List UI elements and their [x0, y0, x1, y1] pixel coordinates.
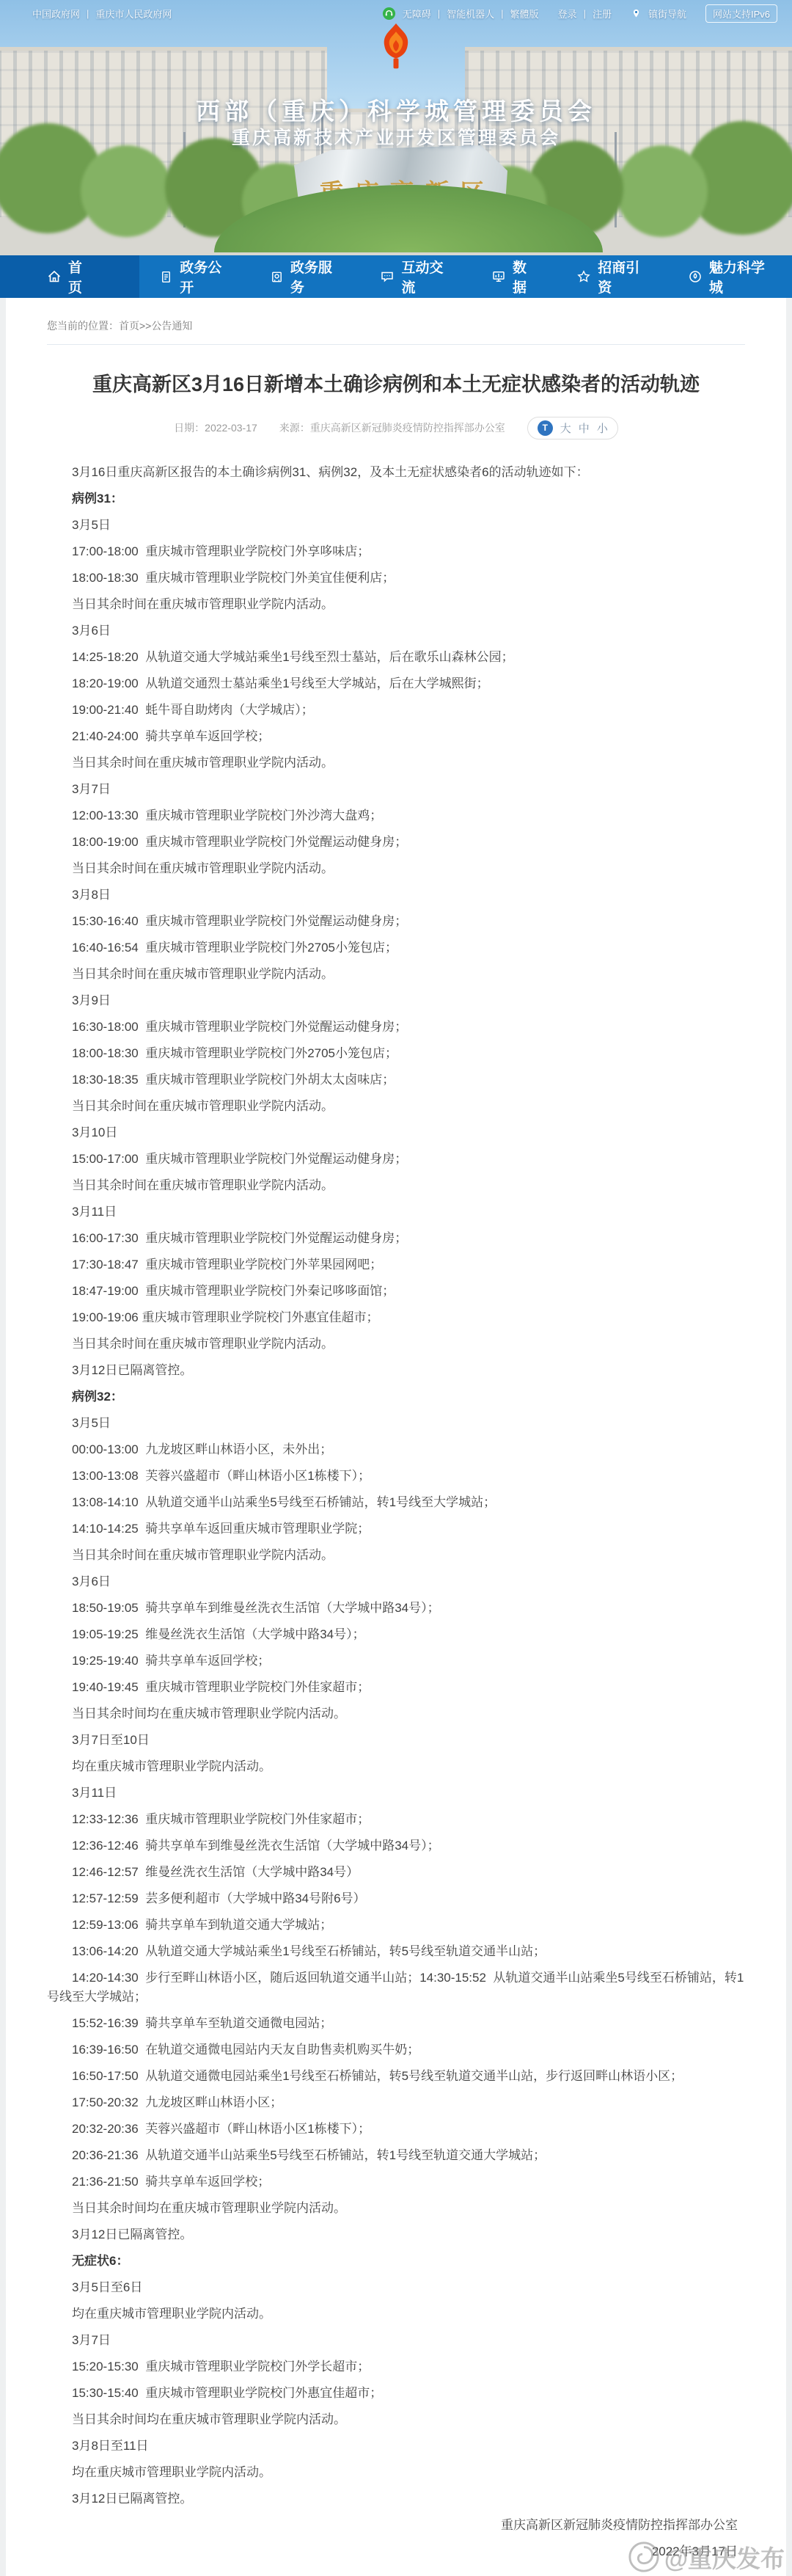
- article-paragraph: 12:00-13:30 重庆城市管理职业学院校门外沙湾大盘鸡；: [47, 806, 745, 825]
- article-paragraph: 15:30-15:40 重庆城市管理职业学院校门外惠宜佳超市；: [47, 2384, 745, 2403]
- gov-cn-link[interactable]: 中国政府网: [32, 7, 80, 21]
- separator: |: [501, 8, 503, 19]
- article-paragraph: 当日其余时间在重庆城市管理职业学院内活动。: [47, 859, 745, 878]
- font-size-switcher: T 大 中 小: [527, 417, 618, 439]
- nav-label: 首页: [68, 257, 92, 296]
- article-paragraph: 21:40-24:00 骑共享单车返回学校；: [47, 727, 745, 746]
- article-paragraph: 病例31：: [47, 489, 745, 508]
- article-paragraph: 无症状6：: [47, 2252, 745, 2271]
- main-nav: 首页 政务公开 政务服务: [0, 255, 792, 298]
- article-paragraph: 重庆高新区新冠肺炎疫情防控指挥部办公室: [47, 2516, 745, 2535]
- article-paragraph: 3月12日已隔离管控。: [47, 1361, 745, 1380]
- article-paragraph: 15:20-15:30 重庆城市管理职业学院校门外学长超市；: [47, 2357, 745, 2376]
- article-paragraph: 19:40-19:45 重庆城市管理职业学院校门外佳家超市；: [47, 1678, 745, 1697]
- article-paragraph: 17:00-18:00 重庆城市管理职业学院校门外享哆味店；: [47, 542, 745, 561]
- article-paragraph: 19:00-21:40 蚝牛哥自助烤肉（大学城店）；: [47, 701, 745, 720]
- article-paragraph: 16:00-17:30 重庆城市管理职业学院校门外觉醒运动健身房；: [47, 1229, 745, 1248]
- article-paragraph: 18:00-18:30 重庆城市管理职业学院校门外2705小笼包店；: [47, 1044, 745, 1063]
- nav-item-investment[interactable]: 招商引资: [557, 255, 668, 298]
- nav-item-gov-info[interactable]: 政务公开: [139, 255, 250, 298]
- article-paragraph: 16:50-17:50 从轨道交通微电园站乘坐1号线至石桥铺站，转5号线至轨道交…: [47, 2067, 745, 2086]
- breadcrumb-prefix: 您当前的位置：: [47, 320, 119, 332]
- article-paragraph: 3月12日已隔离管控。: [47, 2225, 745, 2244]
- data-screen-icon: [491, 269, 506, 284]
- article-paragraph: 当日其余时间在重庆城市管理职业学院内活动。: [47, 1546, 745, 1565]
- article-paragraph: 16:30-18:00 重庆城市管理职业学院校门外觉醒运动健身房；: [47, 1018, 745, 1037]
- breadcrumb-home-link[interactable]: 首页: [119, 320, 139, 332]
- article-paragraph: 3月6日: [47, 621, 745, 641]
- article-paragraph: 12:57-12:59 芸多便利超市（大学城中路34号附6号）: [47, 1889, 745, 1908]
- article-paragraph: 16:39-16:50 在轨道交通微电园站内天友自助售卖机购买牛奶；: [47, 2040, 745, 2059]
- article-body: 3月16日重庆高新区报告的本土确诊病例31、病例32，及本土无症状感染者6的活动…: [6, 439, 786, 2570]
- document-icon: [159, 270, 173, 284]
- article-paragraph: 均在重庆城市管理职业学院内活动。: [47, 1757, 745, 1776]
- article-paragraph: 2022年3月17日: [47, 2542, 745, 2561]
- torch-logo-icon: [377, 22, 415, 79]
- article-paragraph: 18:50-19:05 骑共享单车到维曼丝洗衣生活馆（大学城中路34号）；: [47, 1599, 745, 1618]
- article-paragraph: 均在重庆城市管理职业学院内活动。: [47, 2463, 745, 2482]
- nav-item-gov-service[interactable]: 政务服务: [250, 255, 361, 298]
- article-paragraph: 14:10-14:25 骑共享单车返回重庆城市管理职业学院；: [47, 1519, 745, 1539]
- article-paragraph: 3月12日已隔离管控。: [47, 2489, 745, 2509]
- accessibility-robot-icon[interactable]: [382, 7, 396, 21]
- article-paragraph: 当日其余时间在重庆城市管理职业学院内活动。: [47, 1335, 745, 1354]
- article-paragraph: 3月6日: [47, 1572, 745, 1591]
- breadcrumb-current-link[interactable]: 公告通知: [151, 320, 192, 332]
- article-paragraph: 3月7日: [47, 780, 745, 799]
- separator: |: [584, 8, 586, 19]
- topbar-right: 无障碍 | 智能机器人 | 繁體版 登录 | 注册 镇街导航 网站支持: [382, 4, 777, 23]
- topbar: 中国政府网 | 重庆市人民政府网 无障碍 | 智能机器人 | 繁體版: [0, 0, 792, 23]
- article-paragraph: 15:30-16:40 重庆城市管理职业学院校门外觉醒运动健身房；: [47, 912, 745, 931]
- nav-label: 招商引资: [598, 257, 648, 296]
- nav-item-science-city[interactable]: 魅力科学城: [668, 255, 792, 298]
- article-paragraph: 19:25-19:40 骑共享单车返回学校；: [47, 1652, 745, 1671]
- article-paragraph: 18:00-18:30 重庆城市管理职业学院校门外美宜佳便利店；: [47, 569, 745, 588]
- article-paragraph: 当日其余时间在重庆城市管理职业学院内活动。: [47, 754, 745, 773]
- banner-photo: 重庆高新区 西部（重庆）科学城管理委员会 重庆高新技术产业开发区管理委员会 中国…: [0, 0, 792, 255]
- article-paragraph: 12:36-12:46 骑共享单车到维曼丝洗衣生活馆（大学城中路34号）；: [47, 1836, 745, 1856]
- chat-bubble-icon: [380, 269, 395, 284]
- page: 重庆高新区 西部（重庆）科学城管理委员会 重庆高新技术产业开发区管理委员会 中国…: [0, 0, 792, 2576]
- font-size-medium-button[interactable]: 中: [579, 420, 590, 436]
- article-paragraph: 12:59-13:06 骑共享单车到轨道交通大学城站；: [47, 1916, 745, 1935]
- article-paragraph: 20:32-20:36 芙蓉兴盛超市（畔山林语小区1栋楼下）；: [47, 2120, 745, 2139]
- article-paragraph: 3月7日至10日: [47, 1731, 745, 1750]
- nav-label: 数据: [513, 257, 537, 296]
- article-paragraph: 当日其余时间均在重庆城市管理职业学院内活动。: [47, 2410, 745, 2429]
- traditional-chinese-link[interactable]: 繁體版: [510, 7, 539, 21]
- cq-gov-link[interactable]: 重庆市人民政府网: [95, 7, 172, 21]
- article-paragraph: 20:36-21:36 从轨道交通半山站乘坐5号线至石桥铺站，转1号线至轨道交通…: [47, 2146, 745, 2165]
- tree: [616, 145, 708, 237]
- font-size-icon: T: [538, 420, 553, 436]
- article-paragraph: 19:05-19:25 维曼丝洗衣生活馆（大学城中路34号）；: [47, 1625, 745, 1644]
- page-title: 重庆高新区3月16日新增本土确诊病例和本土无症状感染者的活动轨迹: [57, 371, 735, 399]
- nav-label: 政务公开: [180, 257, 230, 296]
- article-paragraph: 3月5日: [47, 1414, 745, 1433]
- article-paragraph: 当日其余时间在重庆城市管理职业学院内活动。: [47, 965, 745, 984]
- topbar-left: 中国政府网 | 重庆市人民政府网: [32, 7, 172, 21]
- nav-item-interaction[interactable]: 互动交流: [360, 255, 472, 298]
- street-nav-link[interactable]: 镇街导航: [648, 7, 686, 21]
- nav-label: 政务服务: [290, 257, 341, 296]
- article-paragraph: 3月8日至11日: [47, 2437, 745, 2456]
- login-link[interactable]: 登录: [558, 7, 577, 21]
- article-source: 来源：重庆高新区新冠肺炎疫情防控指挥部办公室: [279, 420, 505, 435]
- article-paragraph: 当日其余时间在重庆城市管理职业学院内活动。: [47, 1176, 745, 1195]
- article-paragraph: 3月7日: [47, 2331, 745, 2350]
- article-date: 日期：2022-03-17: [174, 420, 257, 435]
- article-paragraph: 00:00-13:00 九龙坡区畔山林语小区，未外出；: [47, 1440, 745, 1459]
- article-paragraph: 3月5日至6日: [47, 2278, 745, 2297]
- font-size-small-button[interactable]: 小: [597, 420, 608, 436]
- nav-label: 魅力科学城: [709, 257, 772, 296]
- article-paragraph: 12:46-12:57 维曼丝洗衣生活馆（大学城中路34号）: [47, 1863, 745, 1882]
- article-paragraph: 3月10日: [47, 1123, 745, 1142]
- nav-item-data[interactable]: 数据: [472, 255, 557, 298]
- ipv6-badge[interactable]: 网站支持IPv6: [705, 4, 777, 23]
- font-size-large-button[interactable]: 大: [560, 420, 571, 436]
- article-paragraph: 3月5日: [47, 516, 745, 535]
- article-paragraph: 当日其余时间在重庆城市管理职业学院内活动。: [47, 1097, 745, 1116]
- article-paragraph: 当日其余时间在重庆城市管理职业学院内活动。: [47, 595, 745, 614]
- home-icon: [47, 269, 62, 284]
- article-paragraph: 16:40-16:54 重庆城市管理职业学院校门外2705小笼包店；: [47, 938, 745, 957]
- article-paragraph: 18:47-19:00 重庆城市管理职业学院校门外秦记哆哆面馆；: [47, 1282, 745, 1301]
- breadcrumb-separator: >>: [139, 320, 151, 332]
- article-paragraph: 17:50-20:32 九龙坡区畔山林语小区；: [47, 2093, 745, 2112]
- star-icon: [576, 269, 591, 284]
- org-title-line1: 西部（重庆）科学城管理委员会: [0, 92, 792, 127]
- article-paragraph: 14:20-14:30 步行至畔山林语小区，随后返回轨道交通半山站；14:30-…: [47, 1969, 745, 2007]
- content-container: 您当前的位置：首页>>公告通知 重庆高新区3月16日新增本土确诊病例和本土无症状…: [6, 298, 786, 2576]
- article-paragraph: 13:08-14:10 从轨道交通半山站乘坐5号线至石桥铺站，转1号线至大学城站…: [47, 1493, 745, 1512]
- article-paragraph: 12:33-12:36 重庆城市管理职业学院校门外佳家超市；: [47, 1810, 745, 1829]
- article-paragraph: 17:30-18:47 重庆城市管理职业学院校门外苹果园网吧；: [47, 1255, 745, 1274]
- separator: |: [87, 8, 89, 19]
- science-city-icon: [688, 269, 703, 284]
- article-meta: 日期：2022-03-17 来源：重庆高新区新冠肺炎疫情防控指挥部办公室 T 大…: [6, 417, 786, 439]
- org-title-line2: 重庆高新技术产业开发区管理委员会: [0, 123, 792, 150]
- accessibility-link[interactable]: 无障碍: [403, 7, 431, 21]
- nav-label: 互动交流: [401, 257, 452, 296]
- map-pin-icon: [631, 8, 642, 19]
- article-paragraph: 15:52-16:39 骑共享单车至轨道交通微电园站；: [47, 2014, 745, 2033]
- service-badge-icon: [270, 270, 284, 284]
- nav-item-home[interactable]: 首页: [0, 255, 139, 298]
- article-paragraph: 3月8日: [47, 886, 745, 905]
- article-paragraph: 当日其余时间均在重庆城市管理职业学院内活动。: [47, 1704, 745, 1723]
- article-paragraph: 18:20-19:00 从轨道交通烈士墓站乘坐1号线至大学城站，后在大学城熙街；: [47, 674, 745, 693]
- article-paragraph: 18:00-19:00 重庆城市管理职业学院校门外觉醒运动健身房；: [47, 833, 745, 852]
- article-paragraph: 13:06-14:20 从轨道交通大学城站乘坐1号线至石桥铺站，转5号线至轨道交…: [47, 1942, 745, 1961]
- article-paragraph: 15:00-17:00 重庆城市管理职业学院校门外觉醒运动健身房；: [47, 1150, 745, 1169]
- tree: [81, 145, 172, 237]
- article-paragraph: 3月16日重庆高新区报告的本土确诊病例31、病例32，及本土无症状感染者6的活动…: [47, 463, 745, 482]
- article-paragraph: 19:00-19:06 重庆城市管理职业学院校门外惠宜佳超市；: [47, 1308, 745, 1327]
- article-paragraph: 13:00-13:08 芙蓉兴盛超市（畔山林语小区1栋楼下）；: [47, 1467, 745, 1486]
- smart-robot-link[interactable]: 智能机器人: [447, 7, 494, 21]
- article-paragraph: 3月11日: [47, 1784, 745, 1803]
- article-paragraph: 14:25-18:20 从轨道交通大学城站乘坐1号线至烈士墓站，后在歌乐山森林公…: [47, 648, 745, 667]
- article-paragraph: 均在重庆城市管理职业学院内活动。: [47, 2305, 745, 2324]
- article-paragraph: 3月11日: [47, 1203, 745, 1222]
- register-link[interactable]: 注册: [593, 7, 612, 21]
- separator: |: [438, 8, 440, 19]
- article-paragraph: 18:30-18:35 重庆城市管理职业学院校门外胡太太卤味店；: [47, 1070, 745, 1090]
- article-paragraph: 当日其余时间均在重庆城市管理职业学院内活动。: [47, 2199, 745, 2218]
- breadcrumb: 您当前的位置：首页>>公告通知: [47, 318, 745, 345]
- article-paragraph: 病例32：: [47, 1387, 745, 1406]
- article-paragraph: 3月9日: [47, 991, 745, 1010]
- article-paragraph: 21:36-21:50 骑共享单车返回学校；: [47, 2172, 745, 2192]
